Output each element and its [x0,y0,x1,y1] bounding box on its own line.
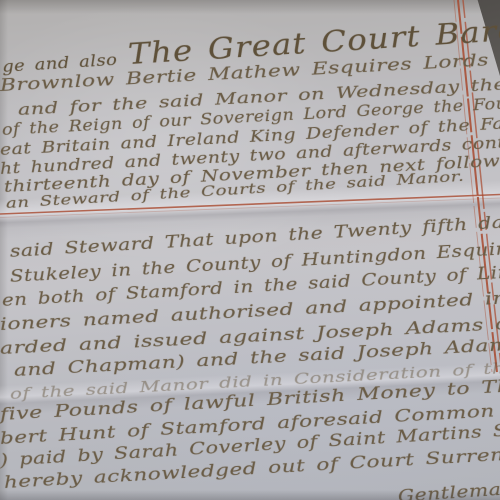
manuscript-photo: ge and also The Great Court Baron Brownl… [0,0,500,500]
paper-bottom-shadow [0,490,500,500]
manuscript-paper: ge and also The Great Court Baron Brownl… [0,0,500,500]
handwritten-text: ge and also The Great Court Baron Brownl… [0,0,500,500]
